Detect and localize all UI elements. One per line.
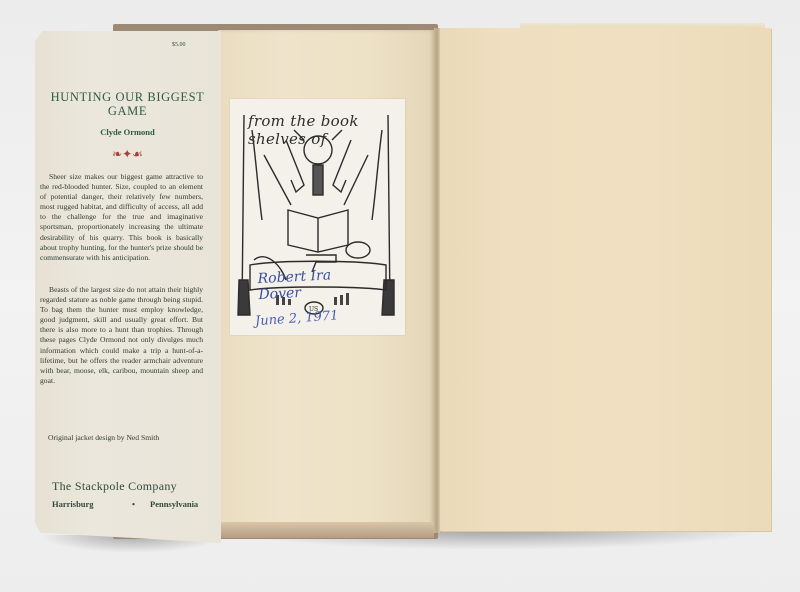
- bookplate-heading: from the book shelves of: [248, 112, 398, 148]
- publisher-name: The Stackpole Company: [52, 479, 177, 494]
- author-name: Clyde Ormond: [40, 127, 215, 137]
- jacket-design-credit: Original jacket design by Ned Smith: [48, 433, 159, 442]
- blurb-paragraph-2: Beasts of the largest size do not attain…: [40, 285, 203, 386]
- cover-board-bottom-edge: [218, 522, 434, 538]
- price-label: $5.00: [172, 42, 186, 48]
- book-title: HUNTING OUR BIGGEST GAME: [40, 90, 215, 118]
- publisher-state: Pennsylvania: [150, 499, 198, 509]
- publisher-city: Harrisburg: [52, 499, 94, 509]
- location-separator: •: [132, 499, 135, 509]
- blurb-paragraph-1: Sheer size makes our biggest game attrac…: [40, 172, 203, 263]
- book-gutter: [434, 28, 440, 533]
- owner-signature: Robert Ira Dover: [257, 265, 379, 303]
- free-endpaper: [440, 28, 771, 531]
- ornament-icon: ❧✦☙: [40, 147, 215, 162]
